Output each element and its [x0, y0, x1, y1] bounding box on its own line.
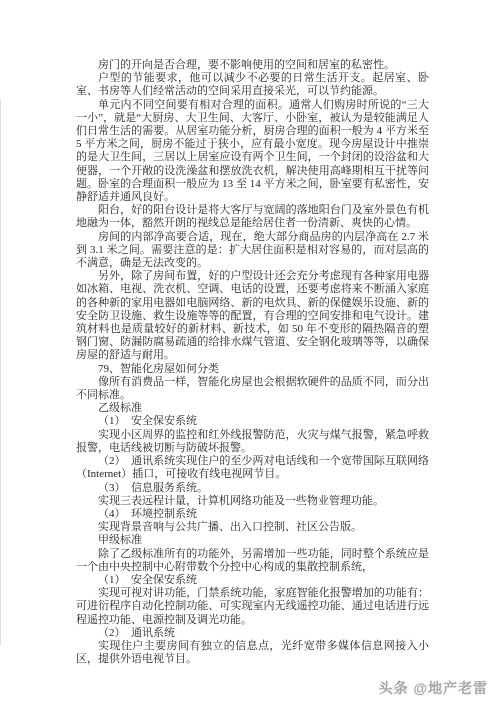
page-left-edge-line	[0, 100, 1, 645]
subsection-heading: 甲级标准	[76, 534, 429, 547]
list-item-heading: （1） 安全保安系统	[76, 574, 429, 587]
document-page: 房门的开向是否合理，要不影响使用的空间和居室的私密性。 户型的节能要求，他可以减…	[0, 0, 500, 707]
list-item-heading: （3） 信息服务系统。	[76, 482, 429, 495]
paragraph: 房门的开向是否合理，要不影响使用的空间和居室的私密性。	[76, 59, 429, 72]
paragraph: 另外，除了房间布置，好的户型设计还会充分考虑现有各种家用电器如冰箱、电视、洗衣机…	[76, 270, 429, 362]
list-item-heading: （2） 通讯系统实现住户的至少两对电话线和一个宽带国际互联网络（Internet…	[76, 455, 429, 481]
paragraph: 实现小区周界的监控和红外线报警防范，火灾与煤气报警，紧急呼救报警，电话线被切断与…	[76, 429, 429, 455]
paragraph: 除了乙级标准所有的功能外，另需增加一些功能，同时整个系统应是一个由中央控制中心附…	[76, 548, 429, 574]
paragraph: 单元内不同空间要有相对合理的面积。通常人们购房时所说的“三大一小”，就是“大厨房…	[76, 99, 429, 205]
list-item-heading: （1） 安全保安系统	[76, 415, 429, 428]
subsection-heading: 乙级标准	[76, 402, 429, 415]
paragraph: 实现三表远程计量，计算机网络功能及一些物业管理功能。	[76, 495, 429, 508]
document-text-block: 房门的开向是否合理，要不影响使用的空间和居室的私密性。 户型的节能要求，他可以减…	[76, 59, 429, 666]
paragraph: 实现住户主要房间有独立的信息点，光纤宽带多媒体信息网接入小区，提供外语电视节目。	[76, 640, 429, 666]
paragraph: 户型的节能要求，他可以减少不必要的日常生活开支。起居室、卧室、书房等人们经常活动…	[76, 72, 429, 98]
paragraph: 实现背景音响与公共广播、出入口控制、社区公告版。	[76, 521, 429, 534]
paragraph: 阳台，好的阳台设计是将大客厅与宽阔的落地阳台门及室外景色有机地融为一体，豁然开朗…	[76, 204, 429, 230]
toutiao-watermark: 头条 @地产老雷	[378, 678, 488, 698]
paragraph: 实现可视对讲功能，门禁系统功能，家庭智能化报警增加的功能有：可进衍程序自动化控制…	[76, 587, 429, 627]
paragraph: 像所有消费品一样，智能化房屋也会根据软硬件的品质不同，而分出不同标准。	[76, 376, 429, 402]
paragraph: 房间的内部净高要合适，现在，绝大部分商品房的内层净高在 2.7 米到 3.1 米…	[76, 231, 429, 271]
list-item-heading: （2） 通讯系统	[76, 627, 429, 640]
list-item-heading: （4） 环境控制系统	[76, 508, 429, 521]
section-heading: 79、智能化房屋如何分类	[76, 363, 429, 376]
